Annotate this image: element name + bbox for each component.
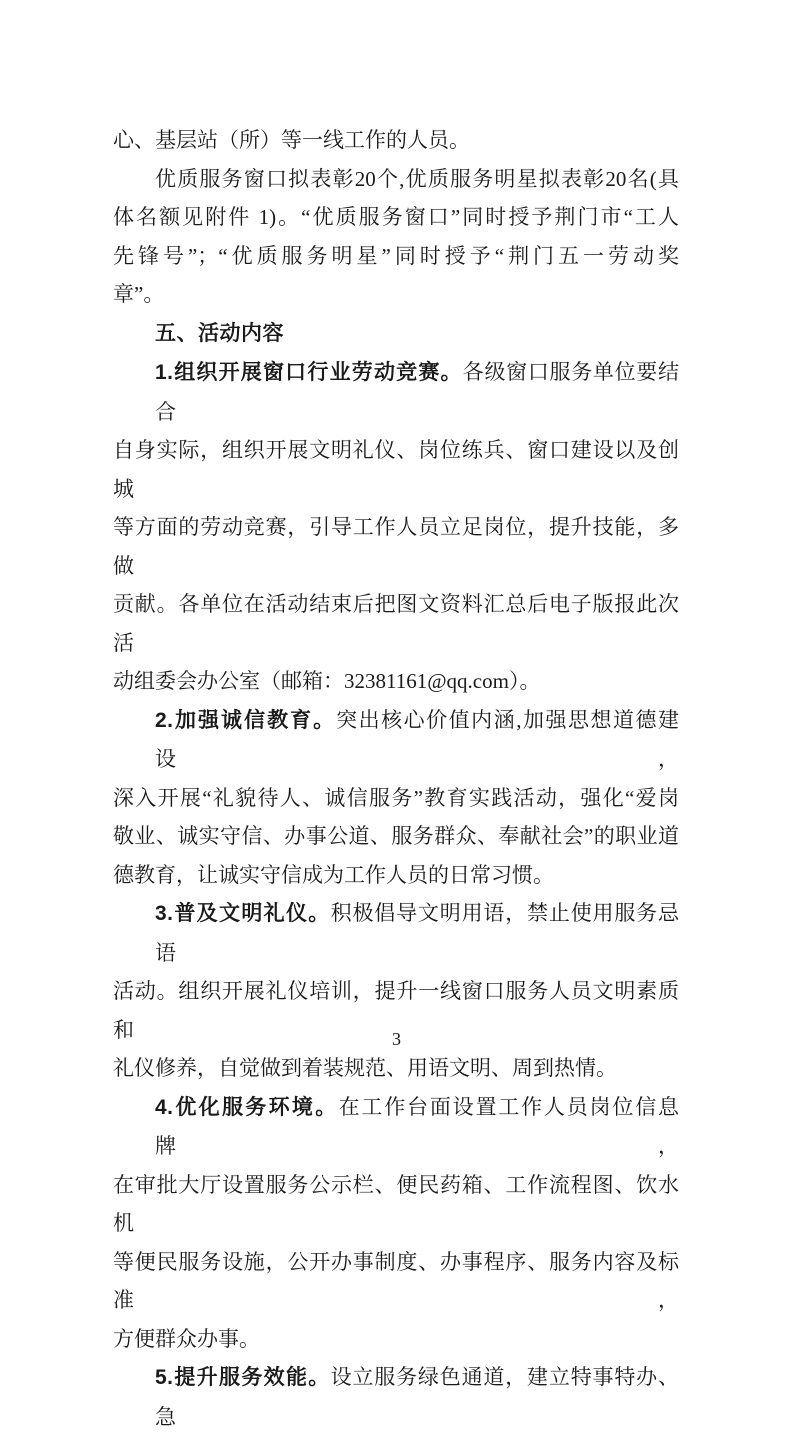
text-run: 章”。	[113, 282, 164, 306]
document-line: 德教育，让诚实守信成为工作人员的日常习惯。	[113, 856, 679, 895]
bold-text-run: 五、活动内容	[155, 322, 284, 345]
text-run: 等方面的劳动竞赛，引导工作人员立足岗位，提升技能，多做	[113, 515, 679, 578]
bold-text-run: 2.加强诚信教育。	[155, 709, 336, 732]
document-line: 先锋号”；“优质服务明星”同时授予“荆门五一劳动奖	[113, 237, 679, 276]
page-number: 3	[0, 1029, 793, 1049]
section-heading: 五、活动内容	[113, 314, 679, 354]
bold-text-run: 1.组织开展窗口行业劳动竞赛。	[155, 361, 463, 384]
text-run: 体名额见附件 1)。“优质服务窗口”同时授予荆门市“工人	[113, 205, 679, 229]
document-line: 1.组织开展窗口行业劳动竞赛。各级窗口服务单位要结合	[113, 353, 679, 431]
document-line: 3.普及文明礼仪。积极倡导文明用语，禁止使用服务忌语	[113, 894, 679, 972]
document-line: 礼仪修养，自觉做到着装规范、用语文明、周到热情。	[113, 1049, 679, 1088]
text-run: 心、基层站（所）等一线工作的人员。	[113, 128, 470, 152]
document-body: 心、基层站（所）等一线工作的人员。优质服务窗口拟表彰20个,优质服务明星拟表彰2…	[113, 121, 679, 1122]
text-run: 先锋号”；“优质服务明星”同时授予“荆门五一劳动奖	[113, 244, 679, 268]
document-line: 动组委会办公室（邮箱：32381161@qq.com）。	[113, 662, 679, 701]
document-line: 等方面的劳动竞赛，引导工作人员立足岗位，提升技能，多做	[113, 508, 679, 585]
text-run: 动组委会办公室（邮箱：32381161@qq.com）。	[113, 669, 540, 693]
document-line: 章”。	[113, 275, 679, 314]
document-line: 贡献。各单位在活动结束后把图文资料汇总后电子版报此次活	[113, 585, 679, 662]
document-page: 心、基层站（所）等一线工作的人员。优质服务窗口拟表彰20个,优质服务明星拟表彰2…	[0, 0, 793, 1122]
bold-text-run: 4.优化服务环境。	[155, 1096, 339, 1119]
text-run: 深入开展“礼貌待人、诚信服务”教育实践活动，强化“爱岗	[113, 786, 679, 810]
text-run: 自身实际，组织开展文明礼仪、岗位练兵、窗口建设以及创城	[113, 438, 679, 501]
document-line: 敬业、诚实守信、办事公道、服务群众、奉献社会”的职业道	[113, 817, 679, 856]
document-line: 深入开展“礼貌待人、诚信服务”教育实践活动，强化“爱岗	[113, 779, 679, 818]
text-run: 礼仪修养，自觉做到着装规范、用语文明、周到热情。	[113, 1056, 617, 1080]
text-run: 贡献。各单位在活动结束后把图文资料汇总后电子版报此次活	[113, 592, 679, 655]
document-line: 体名额见附件 1)。“优质服务窗口”同时授予荆门市“工人	[113, 198, 679, 237]
text-run: 德教育，让诚实守信成为工作人员的日常习惯。	[113, 863, 554, 887]
document-line: 4.优化服务环境。在工作台面设置工作人员岗位信息牌，	[113, 1088, 679, 1123]
document-line: 2.加强诚信教育。突出核心价值内涵,加强思想道德建设，	[113, 701, 679, 779]
document-line: 心、基层站（所）等一线工作的人员。	[113, 121, 679, 160]
text-run: 敬业、诚实守信、办事公道、服务群众、奉献社会”的职业道	[113, 824, 679, 848]
document-line: 优质服务窗口拟表彰20个,优质服务明星拟表彰20名(具	[113, 160, 679, 199]
bold-text-run: 3.普及文明礼仪。	[155, 902, 331, 925]
document-line: 自身实际，组织开展文明礼仪、岗位练兵、窗口建设以及创城	[113, 431, 679, 508]
text-run: 优质服务窗口拟表彰20个,优质服务明星拟表彰20名(具	[155, 167, 679, 191]
